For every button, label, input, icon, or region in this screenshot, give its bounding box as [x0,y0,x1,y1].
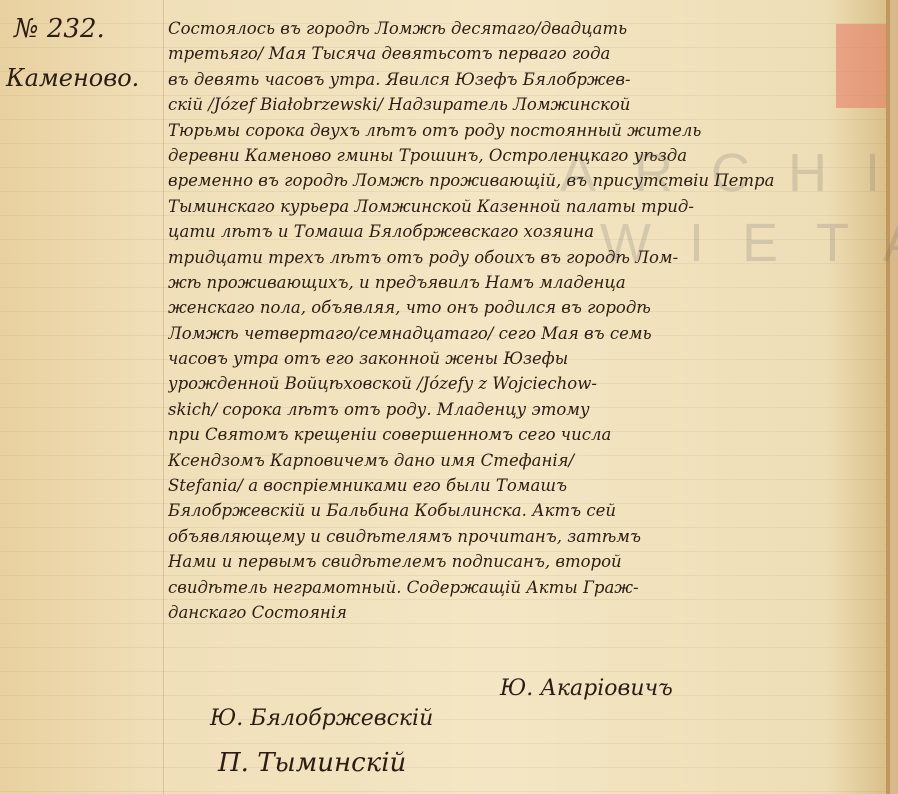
witness-signature: П. Тыминскій [218,748,406,778]
record-line: урожденной Войцѣховской /Józefy z Wojcie… [168,371,886,396]
record-number: № 232. [14,14,105,44]
record-line: skich/ сорока лѣтъ отъ роду. Младенцу эт… [168,397,886,422]
record-line: жѣ проживающихъ, и предъявилъ Намъ младе… [168,270,886,295]
document-page: ARCHIWUM WIETA № 232. Каменово. Состояло… [0,0,898,794]
record-line: въ девять часовъ утра. Явился Юзефъ Бяло… [168,67,886,92]
record-line: объявляющему и свидѣтелямъ прочитанъ, за… [168,524,886,549]
record-line: свидѣтель неграмотный. Содержащій Акты Г… [168,575,886,600]
record-line: Stefania/ а воспріемниками его были Тома… [168,473,886,498]
declarant-signature: Ю. Бялобржевскій [210,706,433,731]
record-line: при Святомъ крещеніи совершенномъ сего ч… [168,422,886,447]
record-line: цати лѣтъ и Томаша Бялобржевскаго хозяин… [168,219,886,244]
record-line: Нами и первымъ свидѣтелемъ подписанъ, вт… [168,549,886,574]
village-name: Каменово. [6,64,139,92]
record-line: скій /Józef Białobrzewski/ Надзиратель Л… [168,92,886,117]
record-line: часовъ утра отъ его законной жены Юзефы [168,346,886,371]
record-line: тридцати трехъ лѣтъ отъ роду обоихъ въ г… [168,245,886,270]
binding-border [886,0,890,794]
record-line: Состоялось въ городѣ Ломжѣ десятаго/двад… [168,16,886,41]
record-line: Бялобржевскій и Бальбина Кобылинска. Акт… [168,498,886,523]
record-body: Состоялось въ городѣ Ломжѣ десятаго/двад… [168,16,886,625]
registrar-signature: Ю. Акаріовичъ [500,676,673,701]
record-line: третьяго/ Мая Тысяча девятьсотъ перваго … [168,41,886,66]
page-edge [890,0,898,794]
record-line: женскаго пола, объявляя, что онъ родился… [168,295,886,320]
record-line: Тыминскаго курьера Ломжинской Казенной п… [168,194,886,219]
record-line: Тюрьмы сорока двухъ лѣтъ отъ роду постоя… [168,118,886,143]
record-line: временно въ городѣ Ломжѣ проживающій, въ… [168,168,886,193]
record-line: Ломжѣ четвертаго/семнадцатаго/ сего Мая … [168,321,886,346]
record-line: деревни Каменово гмины Трошинъ, Остролен… [168,143,886,168]
record-line: данскаго Состоянія [168,600,886,625]
margin-line [163,0,164,794]
record-line: Ксендзомъ Карповичемъ дано имя Стефанія/ [168,448,886,473]
